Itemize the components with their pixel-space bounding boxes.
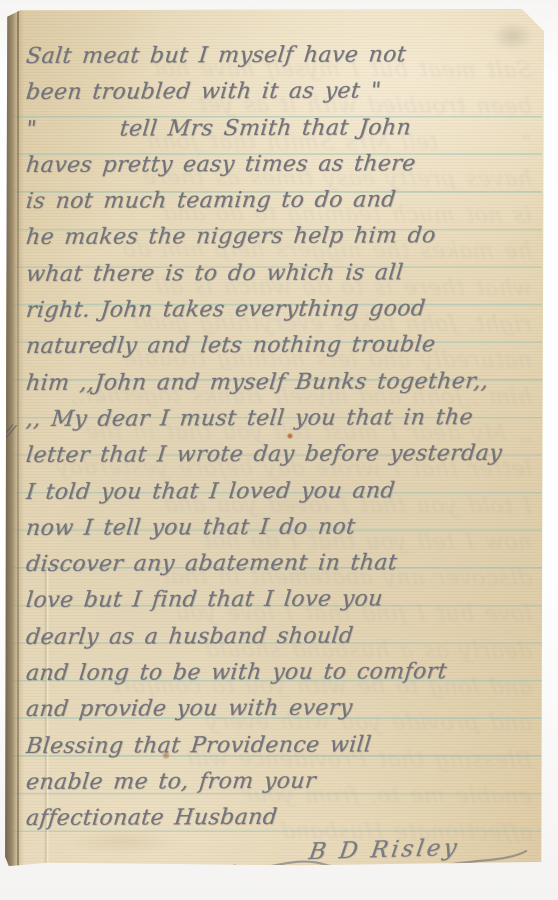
letter-line: letter that I wrote day before yesterday — [24, 436, 534, 475]
letter-line: ,, My dear I must tell you that in the — [24, 400, 534, 439]
binding-edge-shadow — [17, 9, 19, 867]
letter-body: Salt meat but I myself have not been tro… — [26, 39, 532, 838]
letter-page: Salt meat but I myself have not been tro… — [4, 9, 544, 867]
letter-line: discover any abatement in that — [24, 545, 534, 584]
letter-line: " tell Mrs Smith that John — [24, 109, 534, 148]
letter-line: and long to be with you to comfort — [24, 654, 534, 693]
letter-line: right. John takes everything good — [24, 291, 534, 330]
letter-line: now I tell you that I do not — [24, 509, 534, 548]
letter-line: enable me to, from your — [24, 763, 534, 802]
letter-line: him ,,John and myself Bunks together,, — [24, 363, 534, 402]
letter-line: Salt meat but I myself have not — [24, 37, 534, 76]
letter-line: Blessing that Providence will — [24, 726, 534, 765]
letter-line: been troubled with it as yet " — [24, 73, 534, 112]
letter-line: haves pretty easy times as there — [24, 146, 534, 185]
letter-line: what there is to do which is all — [24, 255, 534, 294]
signature-flourish-icon — [230, 835, 531, 883]
letter-line: is not much teaming to do and — [24, 182, 534, 221]
letter-scan: Salt meat but I myself have not been tro… — [0, 0, 558, 900]
signature-block: B D Risley — [244, 833, 525, 867]
letter-line: I told you that I loved you and — [24, 472, 534, 511]
letter-line: naturedly and lets nothing trouble — [24, 327, 534, 366]
letter-line: affectionate Husband — [24, 799, 534, 838]
letter-line: and provide you with every — [24, 690, 534, 729]
letter-line: love but I find that I love you — [24, 581, 534, 620]
letter-line: dearly as a husband should — [24, 618, 534, 657]
letter-line: he makes the niggers help him do — [24, 218, 534, 257]
